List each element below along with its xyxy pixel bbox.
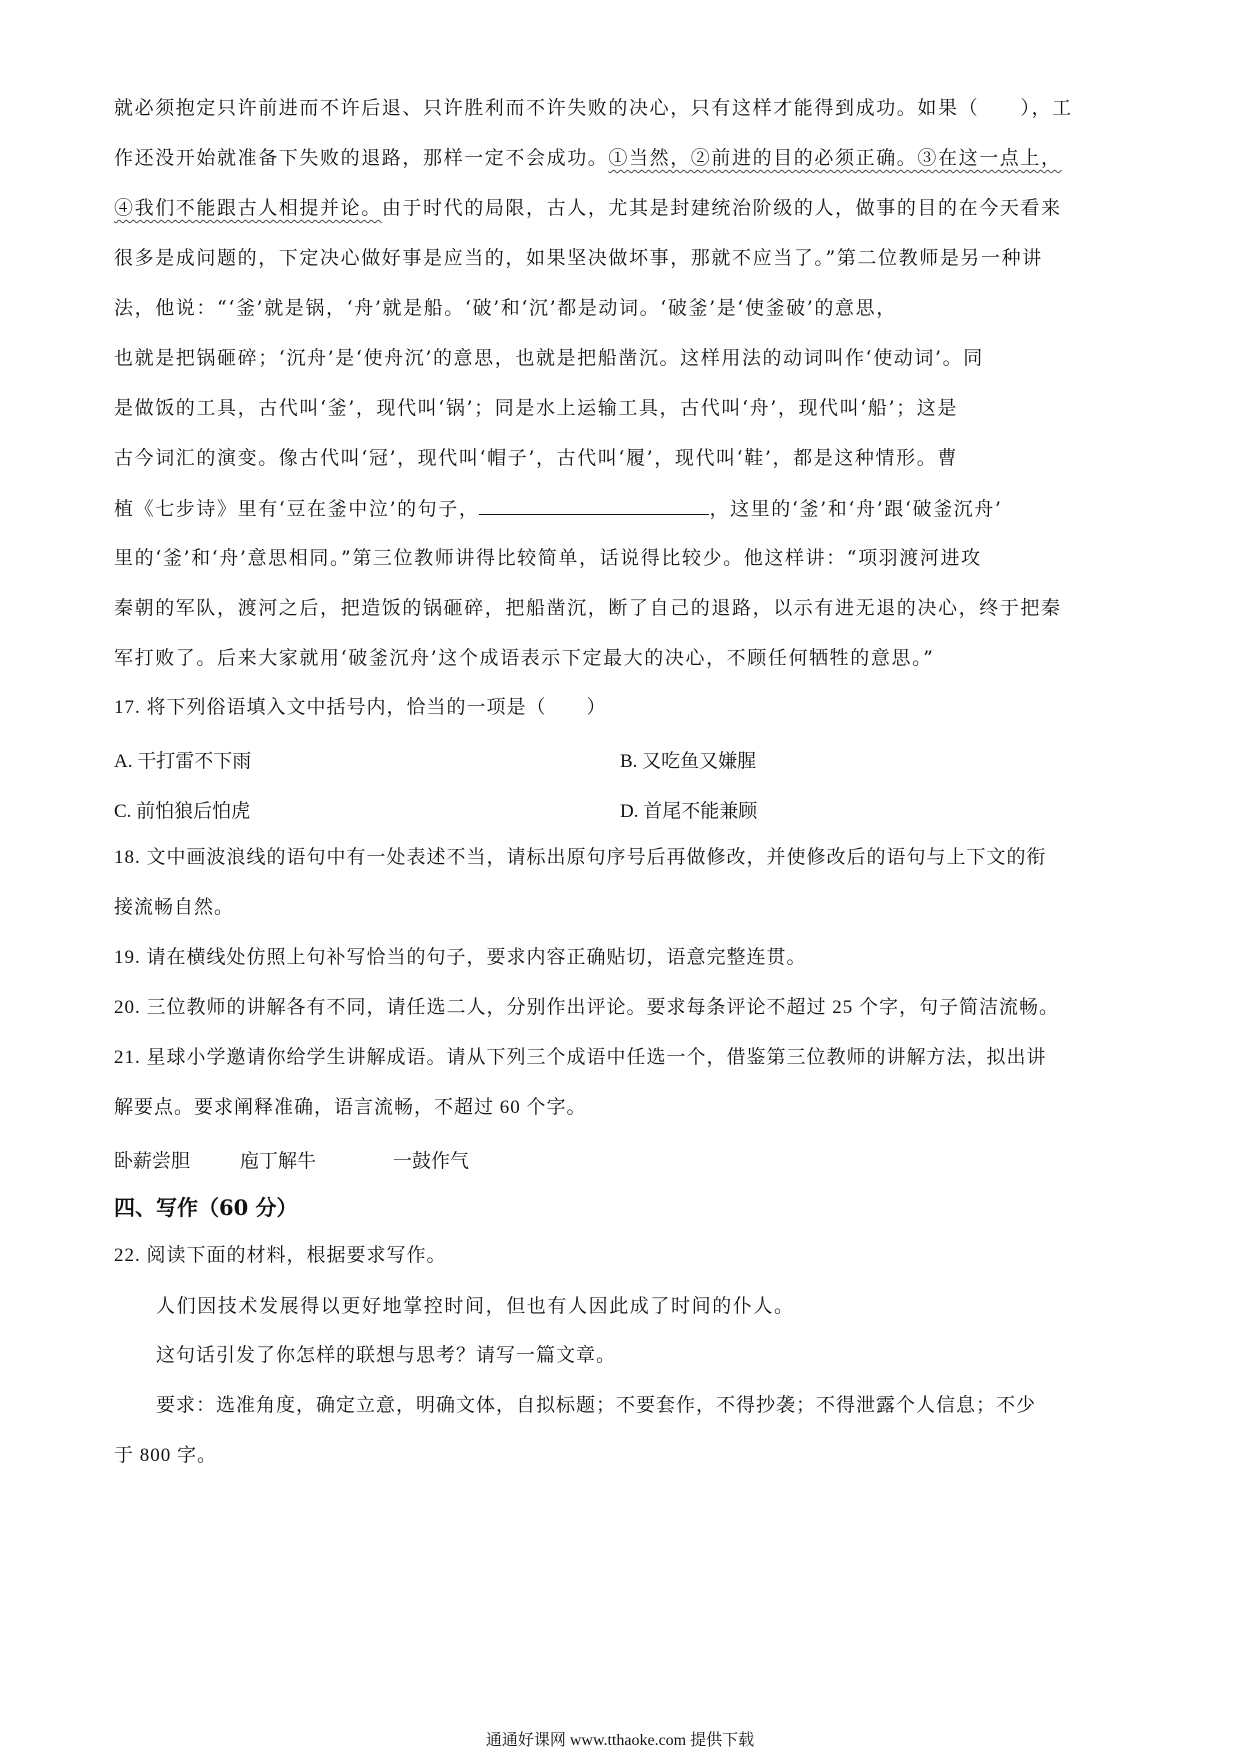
passage-line: 法，他说：“‘釜’就是锅，‘舟’就是船。‘破’和‘沉’都是动词。‘破釜’是‘使釜… xyxy=(114,296,897,320)
passage-line: 植《七步诗》里有‘豆在釜中泣’的句子，，这里的‘釜’和‘舟’跟‘破釜沉舟’ xyxy=(114,496,1003,521)
passage-line: 也就是把锅砸碎；‘沉舟’是‘使舟沉’的意思，也就是把船凿沉。这样用法的动词叫作‘… xyxy=(114,346,984,370)
passage-line: 古今词汇的演变。像古代叫‘冠’，现代叫‘帽子’，古代叫‘履’，现代叫‘鞋’，都是… xyxy=(114,446,958,470)
question-20: 20. 三位教师的讲解各有不同，请任选二人，分别作出评论。要求每条评论不超过 2… xyxy=(114,996,1059,1020)
idiom-2: 庖丁解牛 xyxy=(240,1146,316,1173)
text: 就必须抱定只许前进而不许后退、只许胜利而不许失败的决心，只有这样才能得到成功。如… xyxy=(114,97,1073,119)
question-19: 19. 请在横线处仿照上句补写恰当的句子，要求内容正确贴切，语意完整连贯。 xyxy=(114,946,807,970)
writing-material: 人们因技术发展得以更好地掌控时间，但也有人因此成了时间的仆人。 xyxy=(156,1294,795,1318)
idiom-3: 一鼓作气 xyxy=(393,1146,469,1173)
passage-line: 就必须抱定只许前进而不许后退、只许胜利而不许失败的决心，只有这样才能得到成功。如… xyxy=(114,96,1073,120)
text: 也就是把锅砸碎；‘沉舟’是‘使舟沉’的意思，也就是把船凿沉。这样用法的动词叫作‘… xyxy=(114,347,984,369)
passage-line: 里的‘釜’和‘舟’意思相同。”第三位教师讲得比较简单，话说得比较少。他这样讲：“… xyxy=(114,546,982,570)
writing-requirements: 要求：选准角度，确定立意，明确文体，自拟标题；不要套作，不得抄袭；不得泄露个人信… xyxy=(156,1394,1036,1418)
wavy-underlined-sentence: ①当然，②前进的目的必须正确。③在这一点上， xyxy=(608,147,1061,169)
question-18-line: 接流畅自然。 xyxy=(114,896,234,920)
text: 秦朝的军队，渡河之后，把造饭的锅砸碎，把船凿沉，断了自己的退路，以示有进无退的决… xyxy=(114,597,1062,619)
passage-line: 军打败了。后来大家就用‘破釜沉舟’这个成语表示下定最大的决心，不顾任何牺牲的意思… xyxy=(114,646,935,670)
question-21-line: 解要点。要求阐释准确，语言流畅，不超过 60 个字。 xyxy=(114,1096,587,1120)
text: 植《七步诗》里有‘豆在釜中泣’的句子， xyxy=(114,498,479,520)
question-22-stem: 22. 阅读下面的材料，根据要求写作。 xyxy=(114,1244,447,1268)
footer-source: 通通好课网 www.tthaoke.com 提供下载 xyxy=(0,1727,1240,1750)
section-heading-writing: 四、写作（60 分） xyxy=(114,1192,298,1222)
option-c[interactable]: C. 前怕狼后怕虎 xyxy=(114,796,250,823)
question-21-line: 21. 星球小学邀请你给学生讲解成语。请从下列三个成语中任选一个，借鉴第三位教师… xyxy=(114,1046,1047,1070)
writing-prompt: 这句话引发了你怎样的联想与思考？请写一篇文章。 xyxy=(156,1344,616,1368)
idiom-1: 卧薪尝胆 xyxy=(114,1146,190,1173)
text: 里的‘釜’和‘舟’意思相同。”第三位教师讲得比较简单，话说得比较少。他这样讲：“… xyxy=(114,547,982,569)
option-a[interactable]: A. 干打雷不下雨 xyxy=(114,746,251,773)
passage-line: 作还没开始就准备下失败的退路，那样一定不会成功。①当然，②前进的目的必须正确。③… xyxy=(114,146,1062,170)
writing-requirements: 于 800 字。 xyxy=(114,1444,217,1468)
option-b[interactable]: B. 又吃鱼又嫌腥 xyxy=(620,746,756,773)
option-d[interactable]: D. 首尾不能兼顾 xyxy=(620,796,757,823)
exam-page: 就必须抱定只许前进而不许后退、只许胜利而不许失败的决心，只有这样才能得到成功。如… xyxy=(0,0,1240,1754)
text: 很多是成问题的，下定决心做好事是应当的，如果坚决做坏事，那就不应当了。”第二位教… xyxy=(114,247,1043,269)
passage-line: ④我们不能跟古人相提并论。由于时代的局限，古人，尤其是封建统治阶级的人，做事的目… xyxy=(114,196,1062,220)
passage-line: 秦朝的军队，渡河之后，把造饭的锅砸碎，把船凿沉，断了自己的退路，以示有进无退的决… xyxy=(114,596,1062,620)
text: 军打败了。后来大家就用‘破釜沉舟’这个成语表示下定最大的决心，不顾任何牺牲的意思… xyxy=(114,647,935,669)
fill-in-blank[interactable] xyxy=(479,496,709,515)
text: 法，他说：“‘釜’就是锅，‘舟’就是船。‘破’和‘沉’都是动词。‘破釜’是‘使釜… xyxy=(114,297,897,319)
text: ，这里的‘釜’和‘舟’跟‘破釜沉舟’ xyxy=(709,498,1002,520)
question-18-line: 18. 文中画波浪线的语句中有一处表述不当，请标出原句序号后再做修改，并使修改后… xyxy=(114,846,1047,870)
text: 由于时代的局限，古人，尤其是封建统治阶级的人，做事的目的在今天看来 xyxy=(382,197,1062,219)
question-17-stem: 17. 将下列俗语填入文中括号内，恰当的一项是（ ） xyxy=(114,696,607,720)
passage-line: 很多是成问题的，下定决心做好事是应当的，如果坚决做坏事，那就不应当了。”第二位教… xyxy=(114,246,1043,270)
passage-line: 是做饭的工具，古代叫‘釜’，现代叫‘锅’；同是水上运输工具，古代叫‘舟’，现代叫… xyxy=(114,396,958,420)
wavy-underlined-sentence: ④我们不能跟古人相提并论。 xyxy=(114,197,382,219)
text: 古今词汇的演变。像古代叫‘冠’，现代叫‘帽子’，古代叫‘履’，现代叫‘鞋’，都是… xyxy=(114,447,958,469)
text: 是做饭的工具，古代叫‘釜’，现代叫‘锅’；同是水上运输工具，古代叫‘舟’，现代叫… xyxy=(114,397,958,419)
text: 作还没开始就准备下失败的退路，那样一定不会成功。 xyxy=(114,147,608,169)
